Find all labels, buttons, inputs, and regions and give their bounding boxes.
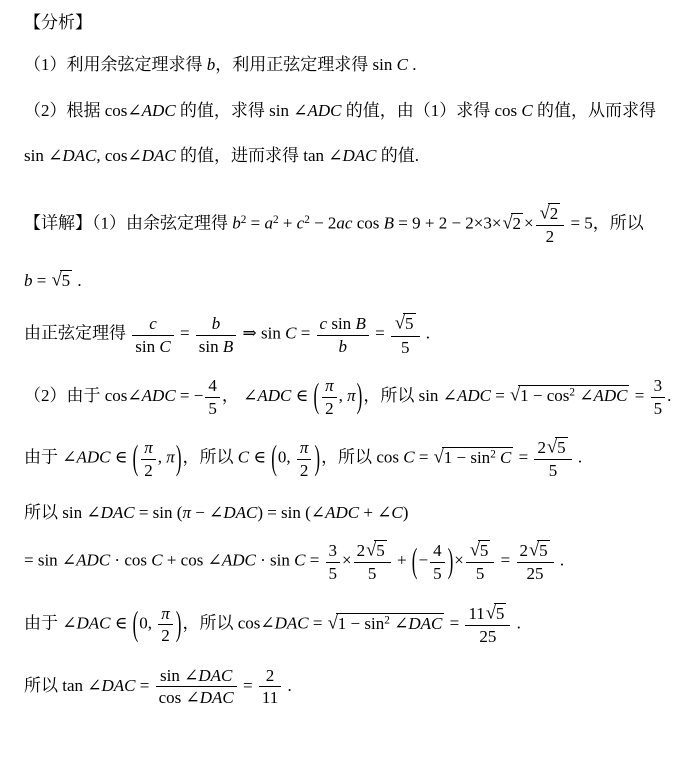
math-roman: 5 — [476, 564, 485, 583]
fraction-denominator: 2 — [158, 624, 173, 646]
math-roman: , — [96, 146, 105, 165]
math-roman: sin — [327, 314, 355, 333]
math-variable: ac — [336, 214, 352, 233]
math-fraction: 11√525 — [465, 603, 510, 647]
math-roman: × — [524, 214, 534, 233]
line-analysis-item-2a: （2）根据 cos∠ADC 的值，求得 sin ∠ADC 的值，由（1）求得 c… — [24, 98, 673, 124]
line-detail-2a: （2）由于 cos∠ADC = −45， ∠ADC ∈ (π2, π)，所以 s… — [24, 376, 673, 418]
math-roman: 11 — [262, 688, 278, 707]
math-roman: 0, — [139, 614, 156, 633]
fraction-numerator: 11√5 — [465, 603, 510, 625]
math-roman: 2 — [325, 399, 334, 418]
math-variable: π — [144, 438, 153, 457]
text-run: 【分析】 — [24, 13, 92, 32]
big-paren: ( — [312, 370, 320, 424]
math-variable: C — [397, 55, 408, 74]
math-fraction: √22 — [536, 203, 565, 247]
text-run: ，利用正弦定理求得 — [215, 55, 372, 74]
math-roman: 5 — [549, 461, 558, 480]
math-variable: c — [149, 314, 157, 333]
math-variable: ADC — [76, 551, 110, 570]
math-variable: DAC — [200, 688, 234, 707]
math-roman: = — [371, 324, 389, 343]
math-variable: c — [320, 314, 328, 333]
text-run: （1）利用余弦定理求得 — [24, 55, 207, 74]
math-roman: ∠ — [243, 386, 257, 405]
math-variable: b — [24, 271, 33, 290]
math-roman: cos — [352, 214, 383, 233]
text-run: ， — [222, 386, 243, 405]
text-run: 的值. — [377, 146, 420, 165]
math-roman: ∠ — [575, 386, 594, 405]
math-roman: + ∠ — [359, 503, 391, 522]
fraction-numerator: b — [196, 314, 236, 335]
fraction-numerator: 4 — [205, 376, 220, 397]
math-sqrt: √1 − sin2 ∠DAC — [328, 609, 445, 637]
math-roman: ⇒ sin — [238, 324, 285, 343]
fraction-denominator: 5 — [430, 562, 445, 584]
radical-sign: √ — [52, 265, 62, 293]
math-roman: 2 — [161, 626, 170, 645]
math-variable: B — [223, 337, 233, 356]
fraction-denominator: 2 — [322, 397, 337, 419]
math-roman: cos∠ — [105, 146, 142, 165]
math-roman: 5 — [480, 541, 489, 560]
math-roman: 5 — [329, 564, 338, 583]
math-roman: 2 — [520, 541, 529, 560]
text-run: （2）由于 — [24, 386, 105, 405]
math-roman: 5 — [539, 541, 548, 560]
math-sqrt: √5 — [529, 540, 550, 561]
big-paren: ) — [447, 535, 455, 589]
math-roman: , — [339, 386, 348, 405]
radical-sign: √ — [529, 540, 539, 561]
math-sqrt: √5 — [366, 540, 387, 561]
math-roman: ∠ — [390, 614, 409, 633]
math-variable: DAC — [223, 503, 257, 522]
math-roman: 2 — [300, 461, 309, 480]
math-roman: 5 — [433, 564, 442, 583]
math-variable: ADC — [142, 101, 176, 120]
math-roman: 4 — [208, 376, 217, 395]
math-roman: ) = sin (∠ — [257, 503, 325, 522]
big-paren: ( — [132, 432, 140, 486]
math-fraction: π2 — [141, 438, 156, 480]
math-roman: cos∠ — [105, 101, 142, 120]
fraction-numerator: 2√5 — [534, 437, 571, 459]
math-variable: π — [300, 438, 309, 457]
math-roman: 11 — [468, 604, 484, 623]
math-variable: ADC — [308, 101, 342, 120]
math-roman: = sin ∠ — [24, 551, 76, 570]
fraction-denominator: sin C — [132, 335, 173, 357]
math-roman: 3 — [654, 376, 663, 395]
fraction-numerator: √5 — [391, 313, 420, 335]
fraction-numerator: 2 — [259, 666, 281, 687]
radical-sign: √ — [395, 313, 405, 334]
math-sqrt: √5 — [52, 266, 73, 294]
radical-sign: √ — [502, 208, 512, 236]
math-sqrt: √5 — [486, 603, 507, 624]
math-roman: = — [496, 551, 514, 570]
fraction-numerator: 2√5 — [354, 540, 391, 562]
math-roman: = — [309, 614, 327, 633]
math-roman: . — [512, 614, 521, 633]
math-variable: π — [325, 376, 334, 395]
text-run: 由于 — [24, 614, 62, 633]
math-roman: = — [514, 448, 532, 467]
math-roman: cos — [495, 101, 522, 120]
math-roman: 5 — [405, 314, 414, 333]
math-roman: · sin — [256, 551, 294, 570]
fraction-numerator: π — [158, 604, 173, 625]
text-run: ，所以 — [183, 448, 238, 467]
fraction-numerator: √2 — [536, 203, 565, 225]
fraction-numerator: c — [132, 314, 173, 335]
math-variable: b — [207, 55, 216, 74]
math-roman: = — [445, 614, 463, 633]
fraction-denominator: 5 — [651, 397, 666, 419]
math-roman: cos ∠ — [159, 688, 200, 707]
math-roman: 5 — [401, 338, 410, 357]
line-analysis-item-2b: sin ∠DAC, cos∠DAC 的值，进而求得 tan ∠DAC 的值. — [24, 143, 673, 169]
fraction-numerator: π — [141, 438, 156, 459]
radical-sign: √ — [547, 436, 557, 457]
math-fraction: sin ∠DACcos ∠DAC — [156, 666, 237, 708]
big-paren: ) — [356, 370, 364, 424]
text-run: ，所以 — [321, 448, 376, 467]
math-roman: × — [342, 551, 352, 570]
math-roman: ∈ — [249, 448, 270, 467]
math-variable: b — [338, 337, 347, 356]
radical-sign: √ — [470, 540, 480, 561]
big-paren: ) — [313, 432, 321, 486]
big-paren: ( — [411, 535, 419, 589]
math-variable: ADC — [257, 386, 291, 405]
line-detail-2d: = sin ∠ADC · cos C + cos ∠ADC · sin C = … — [24, 540, 673, 584]
math-fraction: π2 — [158, 604, 173, 646]
math-roman: 5 — [376, 541, 385, 560]
math-sqrt: √5 — [470, 540, 491, 561]
math-fraction: 2√55 — [354, 540, 391, 584]
math-roman: 5 — [557, 438, 566, 457]
text-run: （2）根据 — [24, 101, 105, 120]
math-variable: C — [521, 101, 532, 120]
math-roman: = 5 — [566, 214, 593, 233]
radicand: 1 − cos2 ∠ADC — [518, 385, 629, 406]
math-variable: C — [391, 503, 402, 522]
math-roman: 2 — [266, 666, 275, 685]
text-run: 的值，求得 — [176, 101, 270, 120]
line-analysis-header: 【分析】 — [24, 10, 673, 36]
math-roman: + — [393, 551, 411, 570]
text-run: 所以 — [24, 503, 62, 522]
math-variable: DAC — [275, 614, 309, 633]
math-superscript: 2 — [490, 448, 496, 460]
math-fraction: √55 — [391, 313, 420, 357]
math-roman: 1 − cos — [520, 386, 569, 405]
big-paren: ) — [175, 598, 183, 652]
math-sqrt: √2 — [502, 209, 523, 237]
math-variable: ADC — [142, 386, 176, 405]
line-detail-1b: b = √5 . — [24, 266, 673, 294]
fraction-denominator: 2 — [141, 459, 156, 481]
math-roman: 2 — [513, 214, 522, 233]
fraction-numerator: π — [322, 376, 337, 397]
math-roman: + cos ∠ — [163, 551, 222, 570]
math-variable: C — [159, 337, 170, 356]
math-variable: ADC — [325, 503, 359, 522]
math-roman: sin — [373, 55, 397, 74]
math-roman: sin ∠ — [269, 101, 307, 120]
math-roman: 2 — [550, 204, 559, 223]
math-variable: DAC — [62, 146, 96, 165]
math-fraction: csin C — [132, 314, 173, 356]
math-sqrt: √2 — [540, 203, 561, 224]
radical-sign: √ — [366, 540, 376, 561]
fraction-denominator: b — [317, 335, 369, 357]
math-roman: tan ∠ — [62, 676, 101, 695]
math-roman: = — [630, 386, 648, 405]
math-variable: DAC — [408, 614, 442, 633]
math-roman: 25 — [527, 564, 544, 583]
math-variable: a — [264, 214, 273, 233]
radical-sign: √ — [540, 203, 550, 224]
document-page: 【分析】（1）利用余弦定理求得 b，利用正弦定理求得 sin C .（2）根据 … — [0, 0, 695, 779]
math-fraction: 35 — [651, 376, 666, 418]
math-roman: 2 — [537, 438, 546, 457]
text-run: 由于 — [24, 448, 62, 467]
fraction-denominator: 2 — [536, 225, 565, 247]
math-roman: 2 — [546, 227, 555, 246]
math-fraction: 35 — [326, 541, 341, 583]
math-roman: = — [415, 448, 433, 467]
math-roman: − — [418, 551, 428, 570]
line-detail-2e: 由于 ∠DAC ∈ (0, π2)，所以 cos∠DAC = √1 − sin2… — [24, 603, 673, 647]
math-sqrt: √5 — [395, 313, 416, 334]
math-variable: B — [384, 214, 394, 233]
line-detail-2c: 所以 sin ∠DAC = sin (π − ∠DAC) = sin (∠ADC… — [24, 500, 673, 526]
math-roman: = 9 + 2 − 2×3× — [394, 214, 501, 233]
radical-sign: √ — [510, 380, 520, 408]
math-variable: b — [212, 314, 221, 333]
line-detail-2b: 由于 ∠ADC ∈ (π2, π)，所以 C ∈ (0, π2)，所以 cos … — [24, 437, 673, 481]
fraction-numerator: π — [297, 438, 312, 459]
fraction-numerator: sin ∠DAC — [156, 666, 237, 687]
math-variable: DAC — [77, 614, 111, 633]
math-roman: cos∠ — [238, 614, 275, 633]
math-roman: . — [667, 386, 671, 405]
math-roman: = — [33, 271, 51, 290]
math-fraction: bsin B — [196, 314, 236, 356]
math-roman: . — [283, 676, 292, 695]
math-roman: 2 — [357, 541, 366, 560]
math-roman: ∠ — [62, 614, 76, 633]
math-roman: − 2 — [310, 214, 337, 233]
big-paren: ( — [270, 432, 278, 486]
math-sqrt: √5 — [547, 437, 568, 458]
math-roman: 5 — [62, 271, 71, 290]
math-fraction: 45 — [430, 541, 445, 583]
fraction-numerator: 3 — [651, 376, 666, 397]
math-fraction: π2 — [322, 376, 337, 418]
fraction-denominator: 5 — [391, 336, 420, 358]
fraction-denominator: cos ∠DAC — [156, 686, 237, 708]
math-roman: 5 — [368, 564, 377, 583]
text-run: 所以 — [24, 676, 62, 695]
radical-sign: √ — [434, 442, 444, 470]
math-roman: = — [296, 324, 314, 343]
math-fraction: 45 — [205, 376, 220, 418]
fraction-denominator: 5 — [326, 562, 341, 584]
math-variable: C — [294, 551, 305, 570]
math-roman: 3 — [329, 541, 338, 560]
big-paren: ) — [175, 432, 183, 486]
fraction-numerator: √5 — [466, 540, 495, 562]
radicand: 1 − sin2 ∠DAC — [336, 613, 445, 634]
math-roman: 4 — [433, 541, 442, 560]
math-variable: b — [232, 214, 241, 233]
text-run: ，所以 — [363, 386, 418, 405]
math-variable: C — [238, 448, 249, 467]
math-roman: − ∠ — [191, 503, 223, 522]
line-detail-1: 【详解】（1）由余弦定理得 b2 = a2 + c2 − 2ac cos B =… — [24, 203, 673, 247]
math-variable: DAC — [198, 666, 232, 685]
math-fraction: 2√55 — [534, 437, 571, 481]
math-roman: . — [73, 271, 82, 290]
math-variable: ADC — [593, 386, 627, 405]
math-roman: = — [136, 676, 154, 695]
math-variable: ADC — [77, 448, 111, 467]
math-fraction: 2√525 — [517, 540, 554, 584]
math-sqrt: √1 − sin2 C — [434, 443, 514, 471]
fraction-denominator: 11 — [259, 686, 281, 708]
math-variable: π — [182, 503, 191, 522]
math-variable: DAC — [102, 676, 136, 695]
math-roman: × — [454, 551, 464, 570]
math-roman: + — [279, 214, 297, 233]
line-detail-sine: 由正弦定理得 csin C = bsin B ⇒ sin C = c sin B… — [24, 313, 673, 357]
big-paren: ( — [132, 598, 140, 652]
math-roman: tan ∠ — [303, 146, 342, 165]
math-roman: . — [574, 448, 583, 467]
fraction-numerator: 3 — [326, 541, 341, 562]
math-roman: cos∠ — [105, 386, 142, 405]
math-roman: 0, — [278, 448, 295, 467]
text-run: 【详解】（1）由余弦定理得 — [24, 214, 232, 233]
math-variable: C — [285, 324, 296, 343]
math-roman: ∈ — [291, 386, 312, 405]
math-roman: 5 — [496, 604, 505, 623]
math-roman: sin — [199, 337, 223, 356]
math-roman: ) — [403, 503, 409, 522]
fraction-numerator: c sin B — [317, 314, 369, 335]
text-run: ，所以 — [182, 614, 237, 633]
math-variable: DAC — [101, 503, 135, 522]
math-variable: ADC — [457, 386, 491, 405]
fraction-denominator: 5 — [534, 459, 571, 481]
math-variable: π — [347, 386, 356, 405]
math-fraction: 211 — [259, 666, 281, 708]
math-roman: cos — [376, 448, 403, 467]
math-roman: 25 — [479, 627, 496, 646]
math-roman: = sin ( — [135, 503, 183, 522]
math-variable: ADC — [222, 551, 256, 570]
fraction-denominator: 5 — [354, 562, 391, 584]
math-roman: . — [556, 551, 565, 570]
math-sqrt: √1 − cos2 ∠ADC — [510, 381, 629, 409]
math-variable: DAC — [343, 146, 377, 165]
line-analysis-item-1: （1）利用余弦定理求得 b，利用正弦定理求得 sin C . — [24, 52, 673, 78]
fraction-numerator: 2√5 — [517, 540, 554, 562]
math-roman: . — [408, 55, 417, 74]
math-roman: . — [422, 324, 431, 343]
math-roman: 5 — [654, 399, 663, 418]
text-run: 的值，由（1）求得 — [342, 101, 495, 120]
math-roman: = — [239, 676, 257, 695]
math-variable: π — [161, 604, 170, 623]
math-variable: DAC — [142, 146, 176, 165]
math-roman: 5 — [208, 399, 217, 418]
math-roman: ∈ — [111, 448, 132, 467]
math-roman: = — [176, 324, 194, 343]
math-roman: sin — [135, 337, 159, 356]
radical-sign: √ — [328, 608, 338, 636]
math-roman: = — [246, 214, 264, 233]
math-variable: C — [500, 448, 511, 467]
fraction-denominator: 5 — [466, 562, 495, 584]
radical-sign: √ — [486, 602, 496, 623]
math-roman: sin ∠ — [24, 146, 62, 165]
math-roman: 1 − sin — [444, 448, 490, 467]
fraction-denominator: 25 — [517, 562, 554, 584]
fraction-numerator: 4 — [430, 541, 445, 562]
fraction-denominator: 25 — [465, 625, 510, 647]
math-roman: sin ∠ — [62, 503, 100, 522]
math-roman: = − — [176, 386, 204, 405]
line-detail-2f: 所以 tan ∠DAC = sin ∠DACcos ∠DAC = 211 . — [24, 666, 673, 708]
fraction-denominator: 5 — [205, 397, 220, 419]
math-roman: ∠ — [62, 448, 76, 467]
math-roman: 2 — [144, 461, 153, 480]
math-variable: C — [151, 551, 162, 570]
math-fraction: π2 — [297, 438, 312, 480]
math-variable: π — [166, 448, 175, 467]
math-roman: 1 − sin — [338, 614, 384, 633]
text-run: ，所以 — [593, 214, 644, 233]
math-fraction: c sin Bb — [317, 314, 369, 356]
math-roman: = — [491, 386, 509, 405]
text-run: 由正弦定理得 — [24, 324, 130, 343]
fraction-denominator: 2 — [297, 459, 312, 481]
math-roman: ∈ — [111, 614, 132, 633]
math-fraction: √55 — [466, 540, 495, 584]
math-roman: sin ∠ — [419, 386, 457, 405]
radicand: 1 − sin2 C — [442, 447, 514, 468]
math-roman: = — [305, 551, 323, 570]
text-run: 的值，从而求得 — [533, 101, 656, 120]
math-roman: · cos — [110, 551, 151, 570]
fraction-denominator: sin B — [196, 335, 236, 357]
math-variable: C — [403, 448, 414, 467]
math-roman: sin ∠ — [160, 666, 198, 685]
text-run: 的值，进而求得 — [176, 146, 304, 165]
math-variable: B — [355, 314, 365, 333]
